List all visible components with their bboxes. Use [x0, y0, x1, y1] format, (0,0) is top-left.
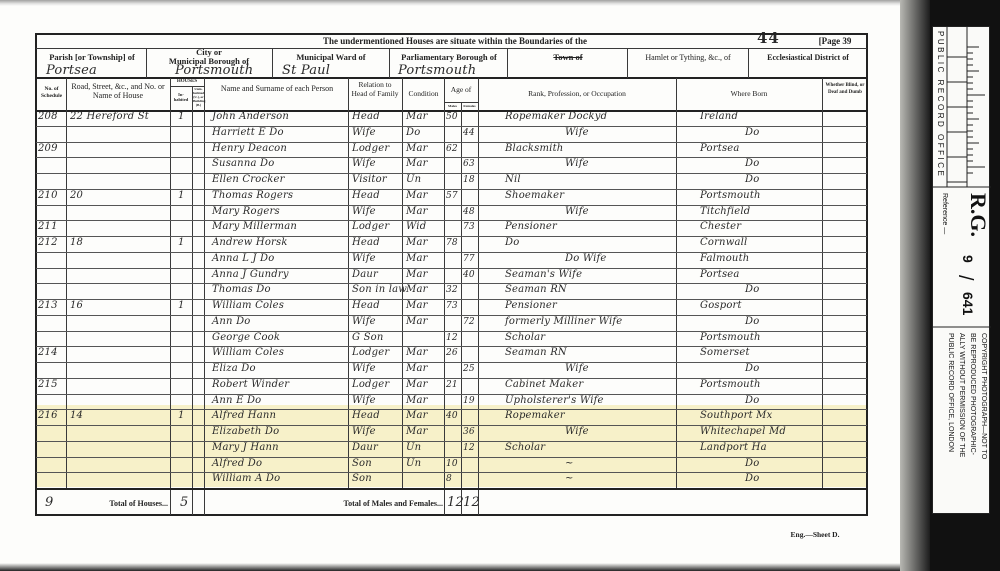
col-occupation: Rank, Profession, or Occupation — [480, 89, 674, 98]
schedule-number: 208 — [38, 108, 58, 126]
birthplace: Portsea — [700, 266, 740, 284]
total-males: 12 — [447, 494, 464, 512]
male-age: 50 — [446, 108, 458, 126]
col-blind-deaf: Whether Blind, or Deaf and Dumb — [824, 82, 866, 96]
series-code: R.G. — [965, 193, 991, 237]
female-age: 19 — [463, 392, 475, 410]
ecclesiastical-label: Ecclesiastical District of — [750, 52, 866, 63]
col-age: Age of — [444, 85, 478, 94]
col-females: Females — [461, 104, 478, 109]
col-where-born: Where Born — [678, 89, 820, 98]
road-address: 16 — [70, 297, 83, 315]
col-houses: HOUSES — [170, 79, 204, 84]
occupation: Seaman RN — [505, 344, 567, 362]
road-address: 14 — [70, 407, 83, 425]
total-houses-label: Total of Houses... — [80, 498, 168, 509]
marital-condition: Un — [406, 455, 421, 473]
col-relation: Relation to Head of Family — [350, 80, 400, 98]
schedule-number: 215 — [38, 376, 58, 394]
person-name: William A Do — [212, 470, 280, 488]
road-address: 20 — [70, 187, 83, 205]
occupation: Scholar — [505, 439, 545, 457]
female-age: 73 — [463, 218, 475, 236]
female-age: 12 — [463, 439, 475, 457]
female-age: 40 — [463, 266, 475, 284]
page-top-shadow — [0, 0, 900, 6]
male-age: 40 — [446, 407, 458, 425]
male-age: 8 — [446, 470, 452, 488]
occupation: Ropemaker Dockyd — [505, 108, 607, 126]
inhabited-count: 1 — [178, 297, 185, 315]
schedule-number: 210 — [38, 187, 58, 205]
parliamentary-value: Portsmouth — [398, 62, 476, 80]
schedule-number: 213 — [38, 297, 58, 315]
inhabited-count: 1 — [178, 234, 185, 252]
occupation: Blacksmith — [505, 140, 563, 158]
occupation: ~ — [565, 470, 574, 488]
birthplace: Portsea — [700, 140, 740, 158]
schedule-number: 209 — [38, 140, 58, 158]
female-age: 18 — [463, 171, 475, 189]
city-value: Portsmouth — [175, 62, 253, 80]
reference-word: Reference — — [941, 193, 948, 234]
parish-value: Portsea — [46, 62, 97, 80]
schedule-tally: 9 — [45, 494, 53, 512]
total-persons-label: Total of Males and Females... — [300, 498, 443, 509]
ward-value: St Paul — [282, 62, 330, 80]
col-condition: Condition — [403, 89, 444, 98]
occupation: Do — [505, 234, 519, 252]
relation-to-head: Son — [352, 470, 372, 488]
reference-number: 641 — [960, 292, 976, 315]
record-office-text: PUBLIC RECORD OFFICE — [936, 31, 945, 178]
female-age: 25 — [463, 360, 475, 378]
col-inhabited: In-habited — [171, 92, 191, 102]
sheet-label: Eng.—Sheet D. — [770, 529, 860, 540]
male-age: 78 — [446, 234, 458, 252]
copyright-notice: COPYRIGHT PHOTOGRAPH—NOT TO BE REPRODUCE… — [945, 333, 989, 459]
occupation: Wife — [565, 423, 589, 441]
total-females: 12 — [463, 494, 480, 512]
schedule-number: 212 — [38, 234, 58, 252]
film-strip-edge — [900, 0, 930, 571]
birthplace: Somerset — [700, 344, 750, 362]
col-schedule: No. of Schedule — [37, 86, 66, 100]
col-name: Name and Surname of each Person — [214, 84, 340, 93]
male-age: 62 — [446, 140, 458, 158]
female-age: 44 — [463, 124, 475, 142]
occupation: Ropemaker — [505, 407, 565, 425]
birthplace: Do — [745, 470, 759, 488]
inhabited-count: 1 — [178, 187, 185, 205]
schedule-number: 216 — [38, 407, 58, 425]
inhabited-count: 1 — [178, 108, 185, 126]
reference-label: PUBLIC RECORD OFFICE R.G. Reference — 9 … — [932, 26, 990, 514]
col-uninhabited: Unin-habited (U.), or Building (B.) — [193, 87, 204, 107]
male-age: 57 — [446, 187, 458, 205]
male-age: 26 — [446, 344, 458, 362]
male-age: 21 — [446, 376, 458, 394]
total-houses-value: 5 — [180, 494, 188, 512]
reference-separator: / — [953, 275, 976, 281]
road-address: 22 Hereford St — [70, 108, 149, 126]
piece-number: 9 — [960, 255, 976, 263]
road-address: 18 — [70, 234, 83, 252]
occupation: Shoemaker — [505, 187, 564, 205]
occupation: Wife — [565, 203, 589, 221]
schedule-number: 214 — [38, 344, 58, 362]
birthplace: Do — [745, 281, 759, 299]
page-bottom-shadow — [0, 563, 900, 571]
col-road: Road, Street, &c., and No. or Name of Ho… — [68, 82, 168, 100]
female-age: 72 — [463, 313, 475, 331]
birthplace: Gosport — [700, 297, 742, 315]
hamlet-label: Hamlet or Tything, &c., of — [629, 52, 747, 63]
occupation: Wife — [565, 155, 589, 173]
inhabited-count: 1 — [178, 407, 185, 425]
occupation: Wife — [565, 124, 589, 142]
birthplace: Do — [745, 124, 759, 142]
birthplace: Ireland — [700, 108, 738, 126]
town-label: Town of — [509, 52, 627, 63]
marital-condition: Mar — [406, 313, 428, 331]
male-age: 73 — [446, 297, 458, 315]
